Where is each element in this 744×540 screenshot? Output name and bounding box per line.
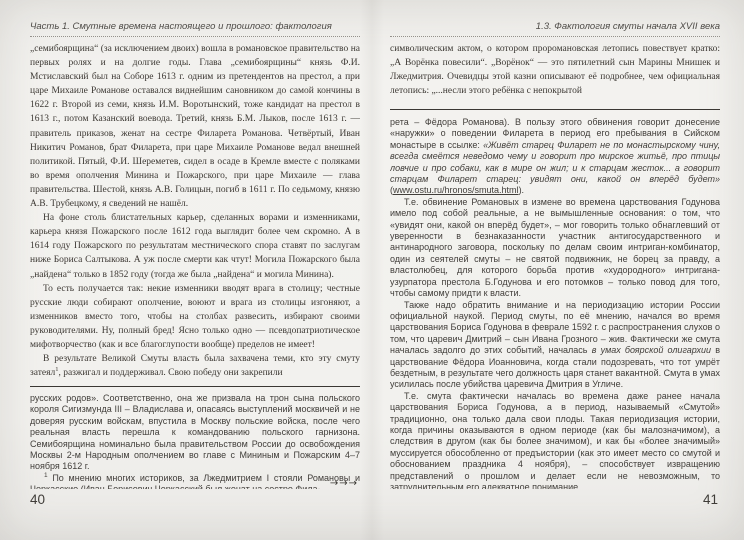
footnotes-right: рета – Фёдора Романова). В пользу этого …	[390, 117, 720, 489]
footnotes-left: русских родов». Соответственно, она же п…	[30, 393, 360, 489]
main-text-right: символическим актом, о котором проромано…	[390, 42, 720, 108]
paragraph: В результате Великой Смуты власть была з…	[30, 352, 360, 380]
text-segment: ).	[519, 185, 525, 195]
paragraph: „семибоярщина“ (за исключением двоих) во…	[30, 42, 360, 211]
book-spread: Часть 1. Смутные времена настоящего и пр…	[0, 0, 744, 540]
emphasized-text: в умах боярской олигархии	[592, 345, 711, 355]
footnote-item: 1 По мнению многих историков, за Лжедмит…	[30, 473, 360, 489]
paragraph: На фоне столь блистательных карьер, сдел…	[30, 211, 360, 281]
page-number-left: 40	[30, 492, 45, 507]
main-text-left: „семибоярщина“ (за исключением двоих) во…	[30, 42, 360, 384]
footnote-paragraph: Т.е. смута фактически началась во времен…	[390, 391, 720, 489]
running-header-right: 1.3. Фактология смуты начала XVII века	[390, 21, 720, 37]
continuation-arrows: →→→	[330, 478, 358, 489]
footnote-rule	[390, 109, 720, 110]
paragraph: символическим актом, о котором проромано…	[390, 42, 720, 98]
paragraph: То есть получается так: некие изменники …	[30, 282, 360, 352]
footnote-continuation: рета – Фёдора Романова). В пользу этого …	[390, 117, 720, 197]
running-header-left: Часть 1. Смутные времена настоящего и пр…	[30, 21, 360, 37]
text-segment: , разжигал и поддерживал. Свою победу он…	[58, 368, 282, 378]
page-left: Часть 1. Смутные времена настоящего и пр…	[0, 0, 372, 540]
footnote-paragraph: Также надо обратить внимание и на период…	[390, 300, 720, 391]
page-number-right: 41	[703, 492, 718, 507]
footnote-rule	[30, 386, 360, 387]
footnote-continuation: русских родов». Соответственно, она же п…	[30, 393, 360, 473]
footnote-paragraph: Т.е. обвинение Романовых в измене во вре…	[390, 197, 720, 300]
text-segment: По мнению многих историков, за Лжедмитри…	[30, 473, 360, 489]
url-text: www.ostu.ru/hronos/smuta.html	[393, 185, 519, 195]
page-right: 1.3. Фактология смуты начала XVII века с…	[372, 0, 744, 540]
